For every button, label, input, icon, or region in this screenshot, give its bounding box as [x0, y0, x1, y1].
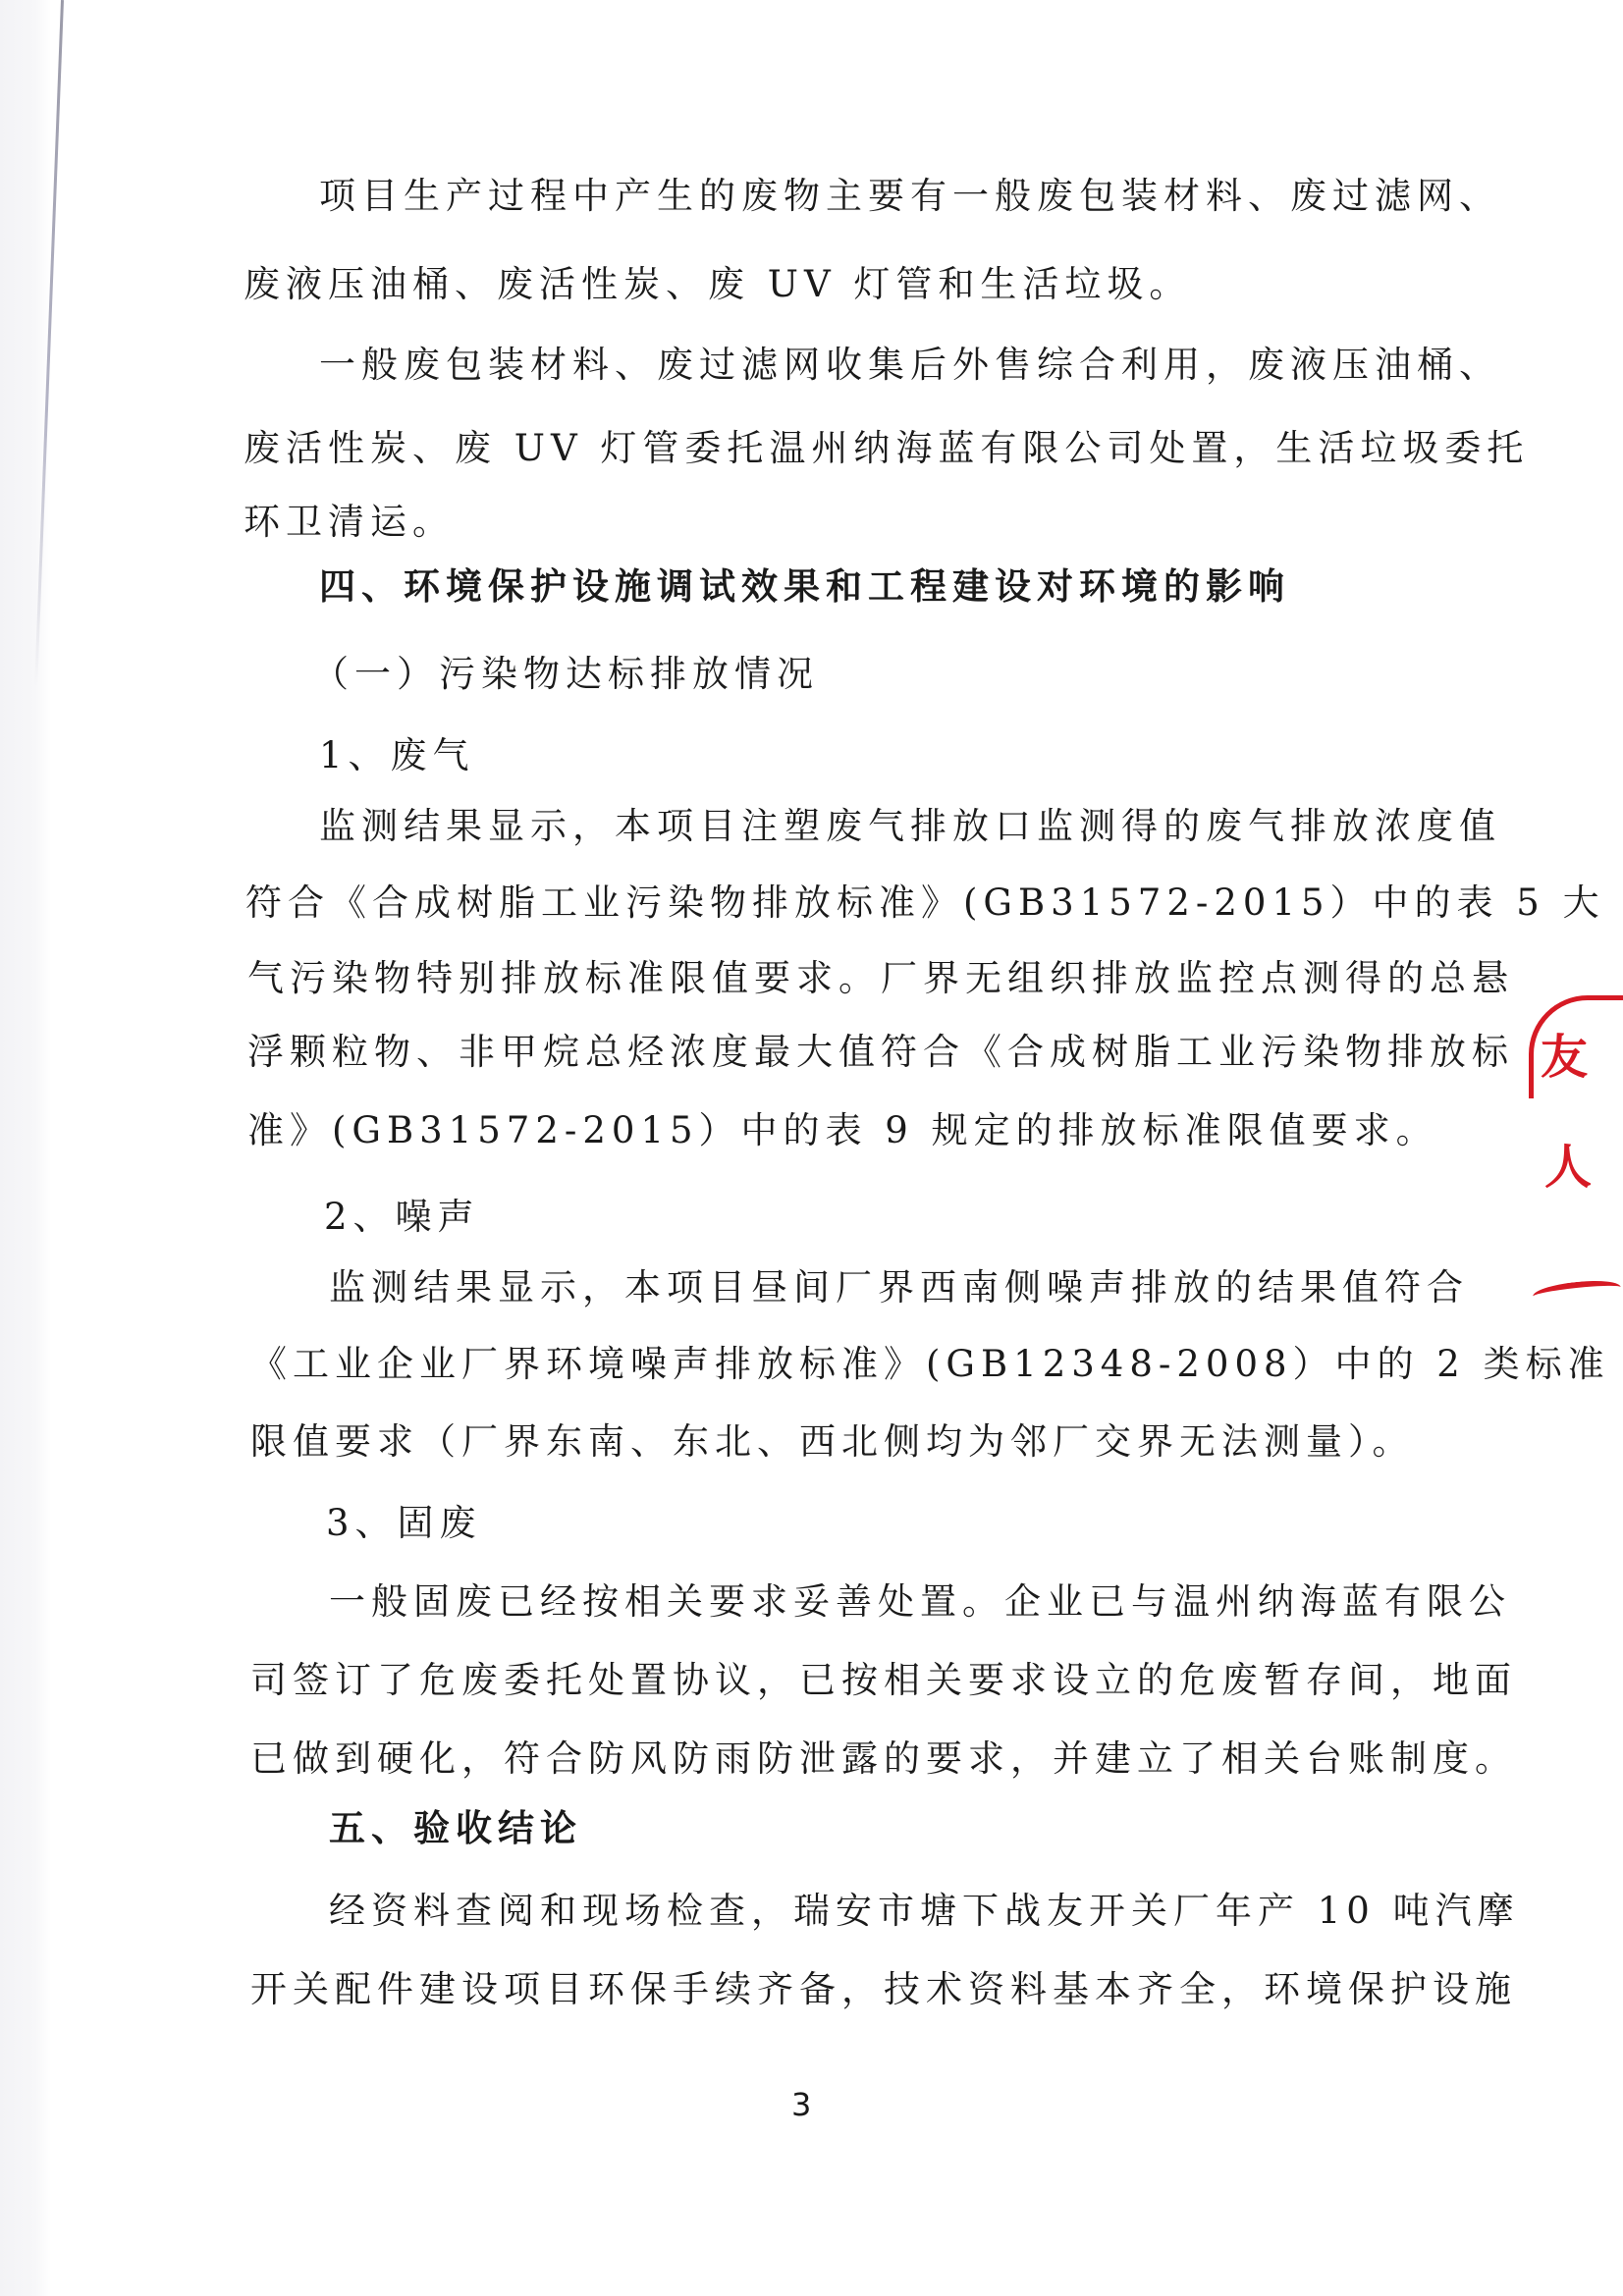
- section-heading: 四、环境保护设施调试效果和工程建设对环境的影响: [319, 564, 1290, 608]
- text-line: 符合《合成树脂工业污染物排放标准》(GB31572-2015）中的表 5 大: [245, 881, 1605, 925]
- seal-border-arc: [1532, 1277, 1622, 1306]
- text-line: 一般固废已经按相关要求妥善处置。企业已与温州纳海蓝有限公: [329, 1580, 1511, 1624]
- text-line: 气污染物特别排放标准限值要求。厂界无组织排放监控点测得的总悬: [247, 957, 1514, 1000]
- text-line: 废活性炭、废 UV 灯管委托温州纳海蓝有限公司处置，生活垃圾委托: [243, 427, 1529, 470]
- text-line: 限值要求（厂界东南、东北、西北侧均为邻厂交界无法测量）。: [250, 1420, 1415, 1464]
- text-line: 监测结果显示，本项目昼间厂界西南侧噪声排放的结果值符合: [329, 1266, 1469, 1309]
- text-line: 一般废包装材料、废过滤网收集后外售综合利用，废液压油桶、: [319, 344, 1501, 387]
- seal-character: 人: [1544, 1129, 1592, 1197]
- text-line: 经资料查阅和现场检查，瑞安市塘下战友开关厂年产 10 吨汽摩: [329, 1890, 1520, 1933]
- text-line: 开关配件建设项目环保手续齐备，技术资料基本齐全，环境保护设施: [250, 1968, 1517, 2011]
- text-line: 废液压油桶、废活性炭、废 UV 灯管和生活垃圾。: [243, 263, 1191, 306]
- page-number: 3: [791, 2086, 811, 2123]
- text-line: （一）污染物达标排放情况: [312, 653, 819, 696]
- red-seal-stamp: 友 人: [1527, 991, 1623, 1306]
- seal-character: 友: [1541, 1019, 1588, 1087]
- text-line: 1、废气: [319, 734, 475, 777]
- text-line: 准》(GB31572-2015）中的表 9 规定的排放标准限值要求。: [247, 1109, 1438, 1152]
- text-line: 项目生产过程中产生的废物主要有一般废包装材料、废过滤网、: [319, 175, 1501, 218]
- text-line: 已做到硬化，符合防风防雨防泄露的要求，并建立了相关台账制度。: [250, 1737, 1517, 1781]
- section-heading: 五、验收结论: [329, 1806, 582, 1849]
- text-line: 环卫清运。: [243, 501, 455, 544]
- text-line: 监测结果显示，本项目注塑废气排放口监测得的废气排放浓度值: [319, 805, 1501, 848]
- text-line: 2、噪声: [324, 1196, 480, 1239]
- text-line: 浮颗粒物、非甲烷总烃浓度最大值符合《合成树脂工业污染物排放标: [247, 1031, 1514, 1074]
- text-line: 3、固废: [326, 1502, 482, 1545]
- text-line: 《工业企业厂界环境噪声排放标准》(GB12348-2008）中的 2 类标准: [250, 1343, 1610, 1386]
- text-line: 司签订了危废委托处置协议，已按相关要求设立的危废暂存间，地面: [250, 1659, 1517, 1702]
- document-page: 项目生产过程中产生的废物主要有一般废包装材料、废过滤网、废液压油桶、废活性炭、废…: [0, 0, 1623, 2296]
